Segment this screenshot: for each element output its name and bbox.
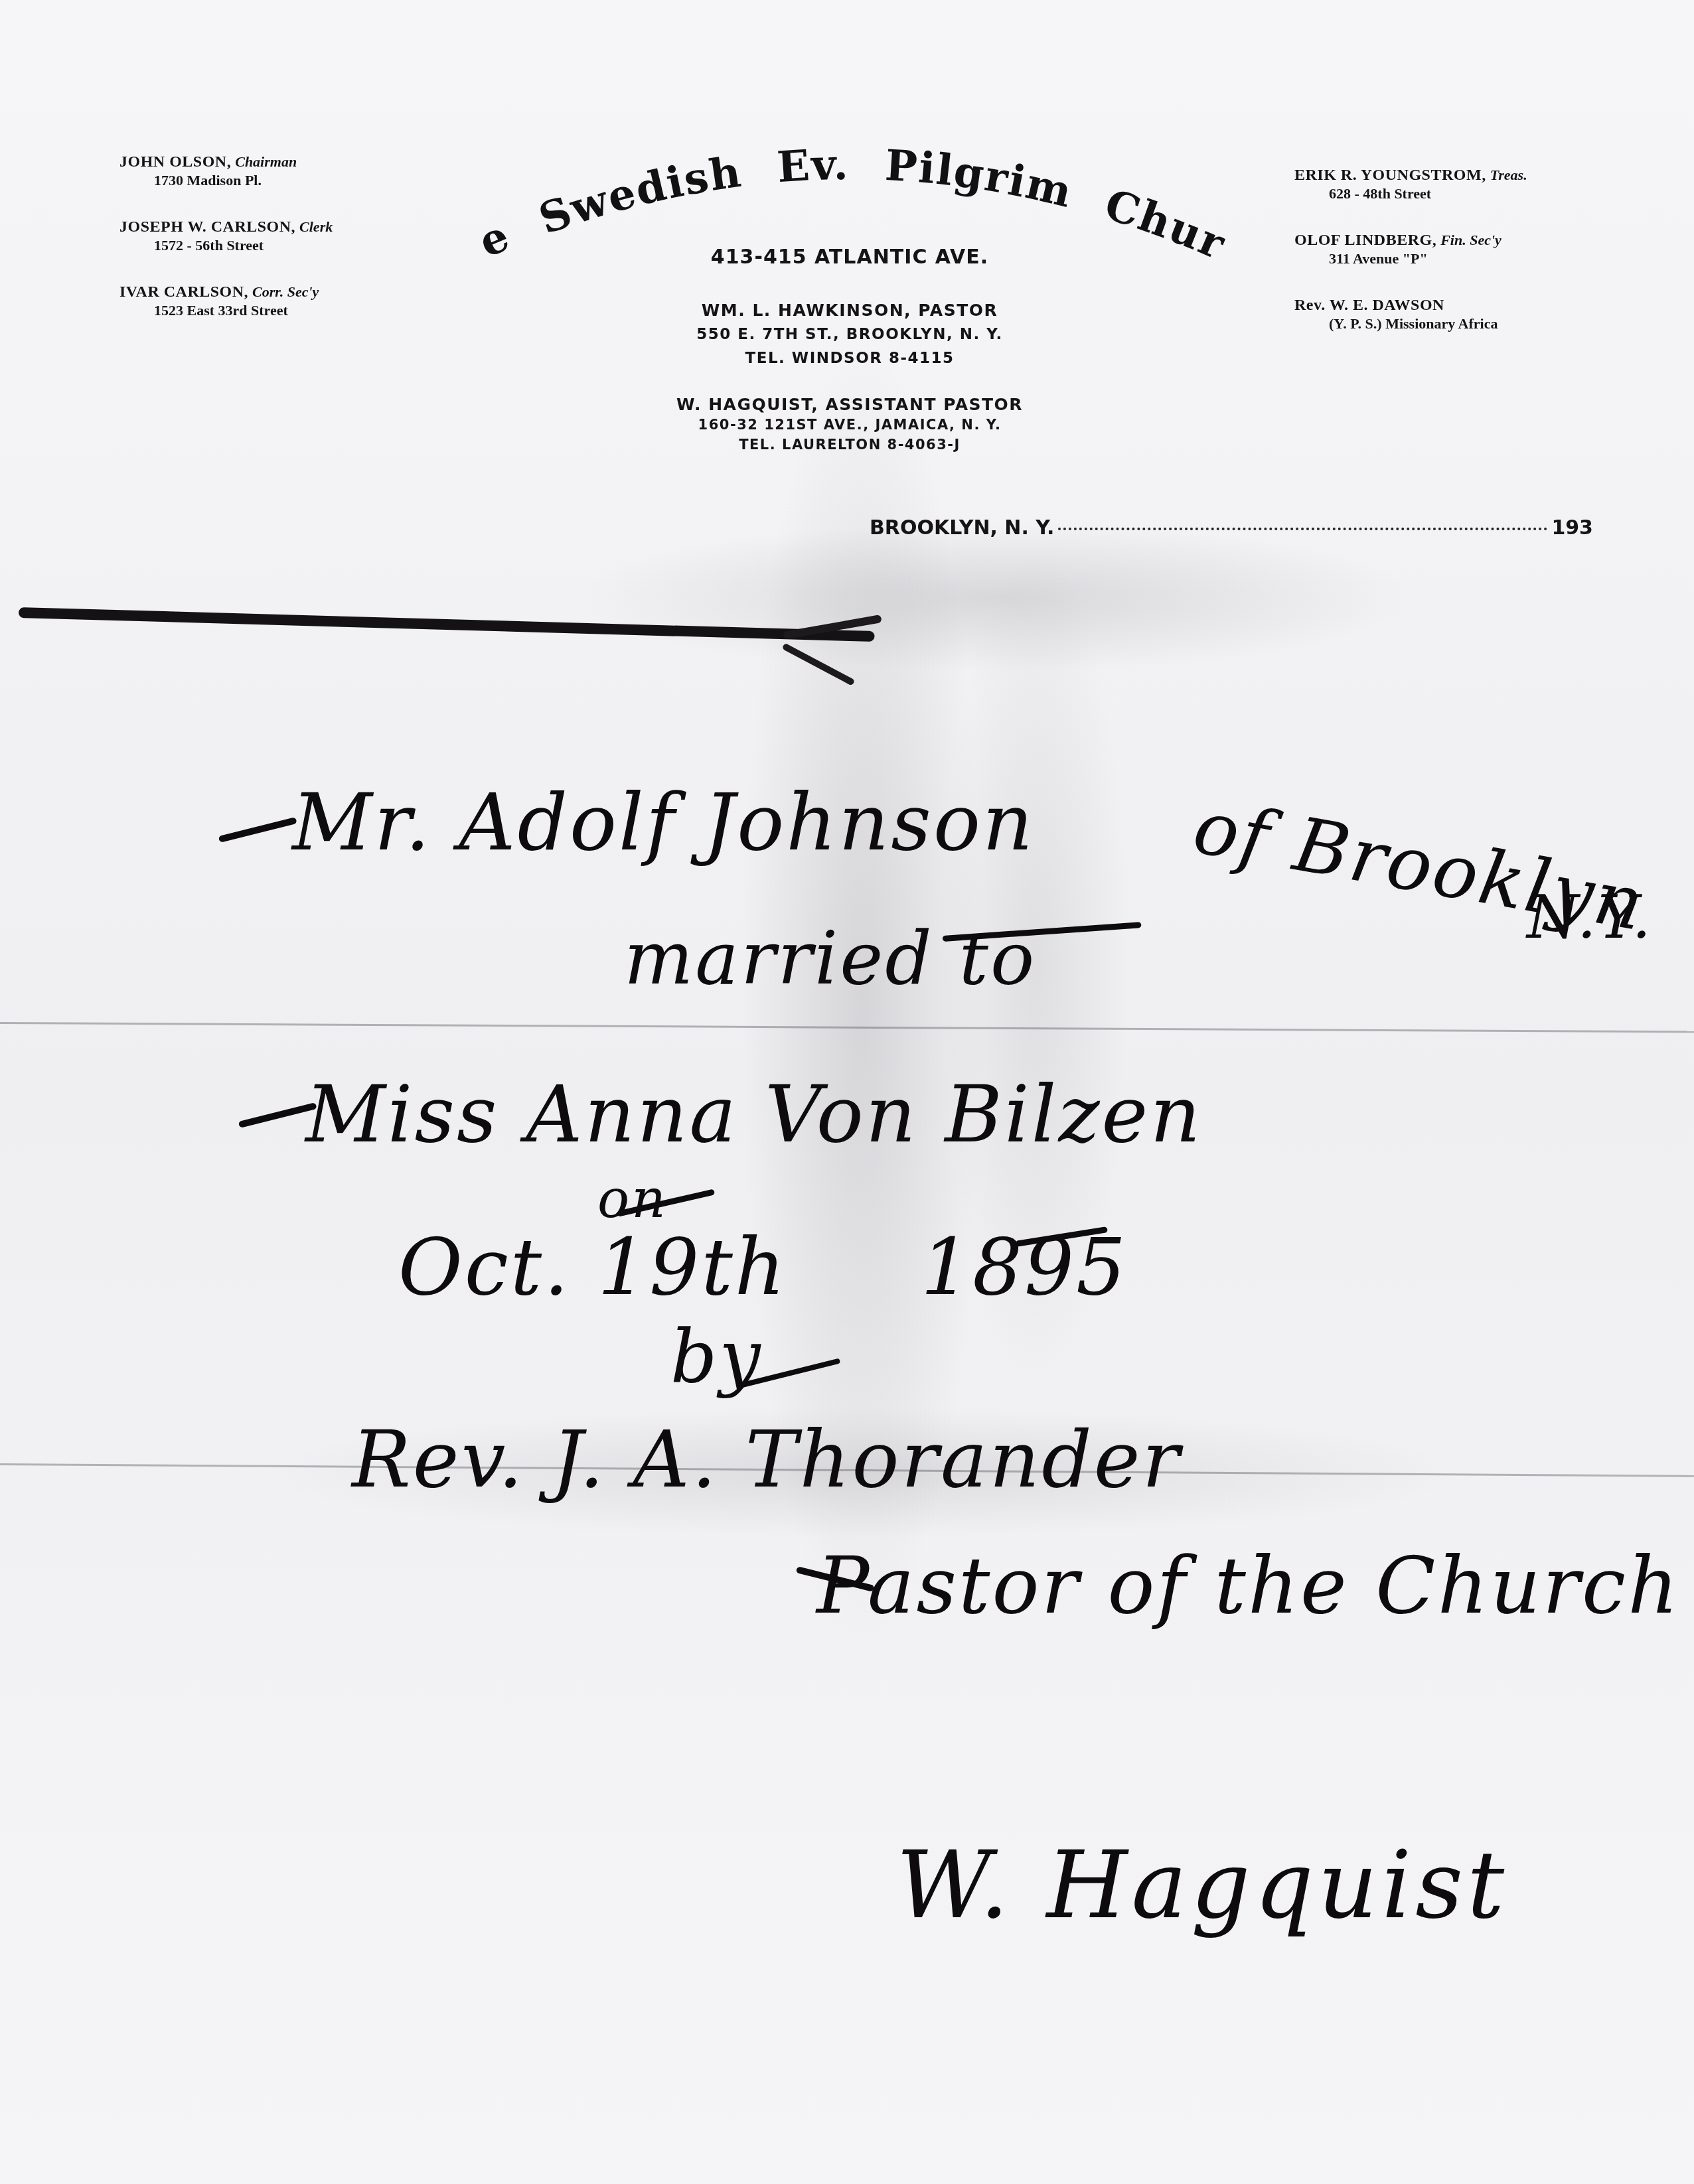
assistant-pastor-phone: TEL. LAURELTON 8-4063-J [597, 435, 1102, 455]
groom-state: N.Y. [1527, 883, 1653, 952]
pastor-address: 550 E. 7TH ST., BROOKLYN, N. Y. [597, 323, 1102, 346]
dateline-dotted-blank [1058, 528, 1547, 530]
title-word: Swedish [533, 147, 745, 245]
pastor-phone: TEL. WINDSOR 8-4115 [597, 346, 1102, 370]
dateline: BROOKLYN, N. Y. 193 [870, 516, 1593, 540]
officiant-line: Rev. J. A. Thorander [352, 1414, 1182, 1505]
assistant-pastor-info: W. HAGQUIST, ASSISTANT PASTOR 160-32 121… [597, 395, 1102, 455]
officiant-title: Pastor of the Church [816, 1540, 1680, 1631]
pastor-info: WM. L. HAWKINSON, PASTOR 550 E. 7TH ST.,… [597, 299, 1102, 370]
officer-address: 311 Avenue "P" [1294, 250, 1527, 268]
officer-address: 1523 East 33rd Street [119, 301, 333, 320]
officer-address: 1572 - 56th Street [119, 236, 333, 255]
officer-entry: OLOF LINDBERG, Fin. Sec'y 311 Avenue "P" [1294, 231, 1527, 268]
officer-entry: Rev. W. E. DAWSON (Y. P. S.) Missionary … [1294, 296, 1527, 333]
officer-entry: JOHN OLSON, Chairman 1730 Madison Pl. [119, 153, 333, 190]
bride-line: Miss Anna Von Bilzen [239, 1068, 1202, 1160]
officer-name: Rev. W. E. DAWSON [1294, 297, 1444, 314]
married-to-line: married to [624, 916, 1036, 1001]
groom-line: Mr. Adolf Johnson [219, 776, 1035, 868]
signature: W. Hagquist [896, 1832, 1508, 1940]
church-address: 413-415 ATLANTIC AVE. [597, 246, 1102, 269]
officer-entry: ERIK R. YOUNGSTROM, Treas. 628 - 48th St… [1294, 166, 1527, 203]
dateline-place: BROOKLYN, N. Y. [870, 516, 1054, 540]
assistant-pastor-name: W. HAGQUIST, ASSISTANT PASTOR [597, 395, 1102, 415]
title-word: Ev. [775, 140, 850, 192]
by-line: by [670, 1314, 763, 1399]
wedding-date-day: Oct. 19th [398, 1221, 787, 1313]
wedding-date: Oct. 19th 1895 [398, 1221, 1128, 1313]
officers-left: JOHN OLSON, Chairman 1730 Madison Pl. JO… [119, 153, 333, 348]
officer-name: JOHN OLSON, [119, 153, 231, 171]
officer-address: 628 - 48th Street [1294, 184, 1527, 203]
officer-name: JOSEPH W. CARLSON, [119, 218, 295, 236]
officer-role: Clerk [299, 218, 333, 235]
officer-entry: IVAR CARLSON, Corr. Sec'y 1523 East 33rd… [119, 283, 333, 320]
officer-address: 1730 Madison Pl. [119, 171, 333, 190]
pastor-name: WM. L. HAWKINSON, PASTOR [597, 299, 1102, 323]
officer-role: Chairman [235, 153, 297, 170]
officer-role: Corr. Sec'y [252, 283, 319, 300]
officer-role: Treas. [1490, 167, 1527, 183]
assistant-pastor-address: 160-32 121ST AVE., JAMAICA, N. Y. [597, 415, 1102, 435]
officer-name: IVAR CARLSON, [119, 283, 248, 301]
officer-name: ERIK R. YOUNGSTROM, [1294, 167, 1486, 184]
wedding-date-year: 1895 [921, 1221, 1128, 1313]
officer-role: Fin. Sec'y [1440, 232, 1501, 248]
title-word: Pilgrim [884, 141, 1077, 218]
title-word: The [465, 126, 517, 267]
dateline-year: 193 [1551, 516, 1593, 540]
officer-entry: JOSEPH W. CARLSON, Clerk 1572 - 56th Str… [119, 218, 333, 255]
officer-address: (Y. P. S.) Missionary Africa [1294, 315, 1527, 333]
officer-name: OLOF LINDBERG, [1294, 232, 1436, 249]
officers-right: ERIK R. YOUNGSTROM, Treas. 628 - 48th St… [1294, 166, 1527, 361]
